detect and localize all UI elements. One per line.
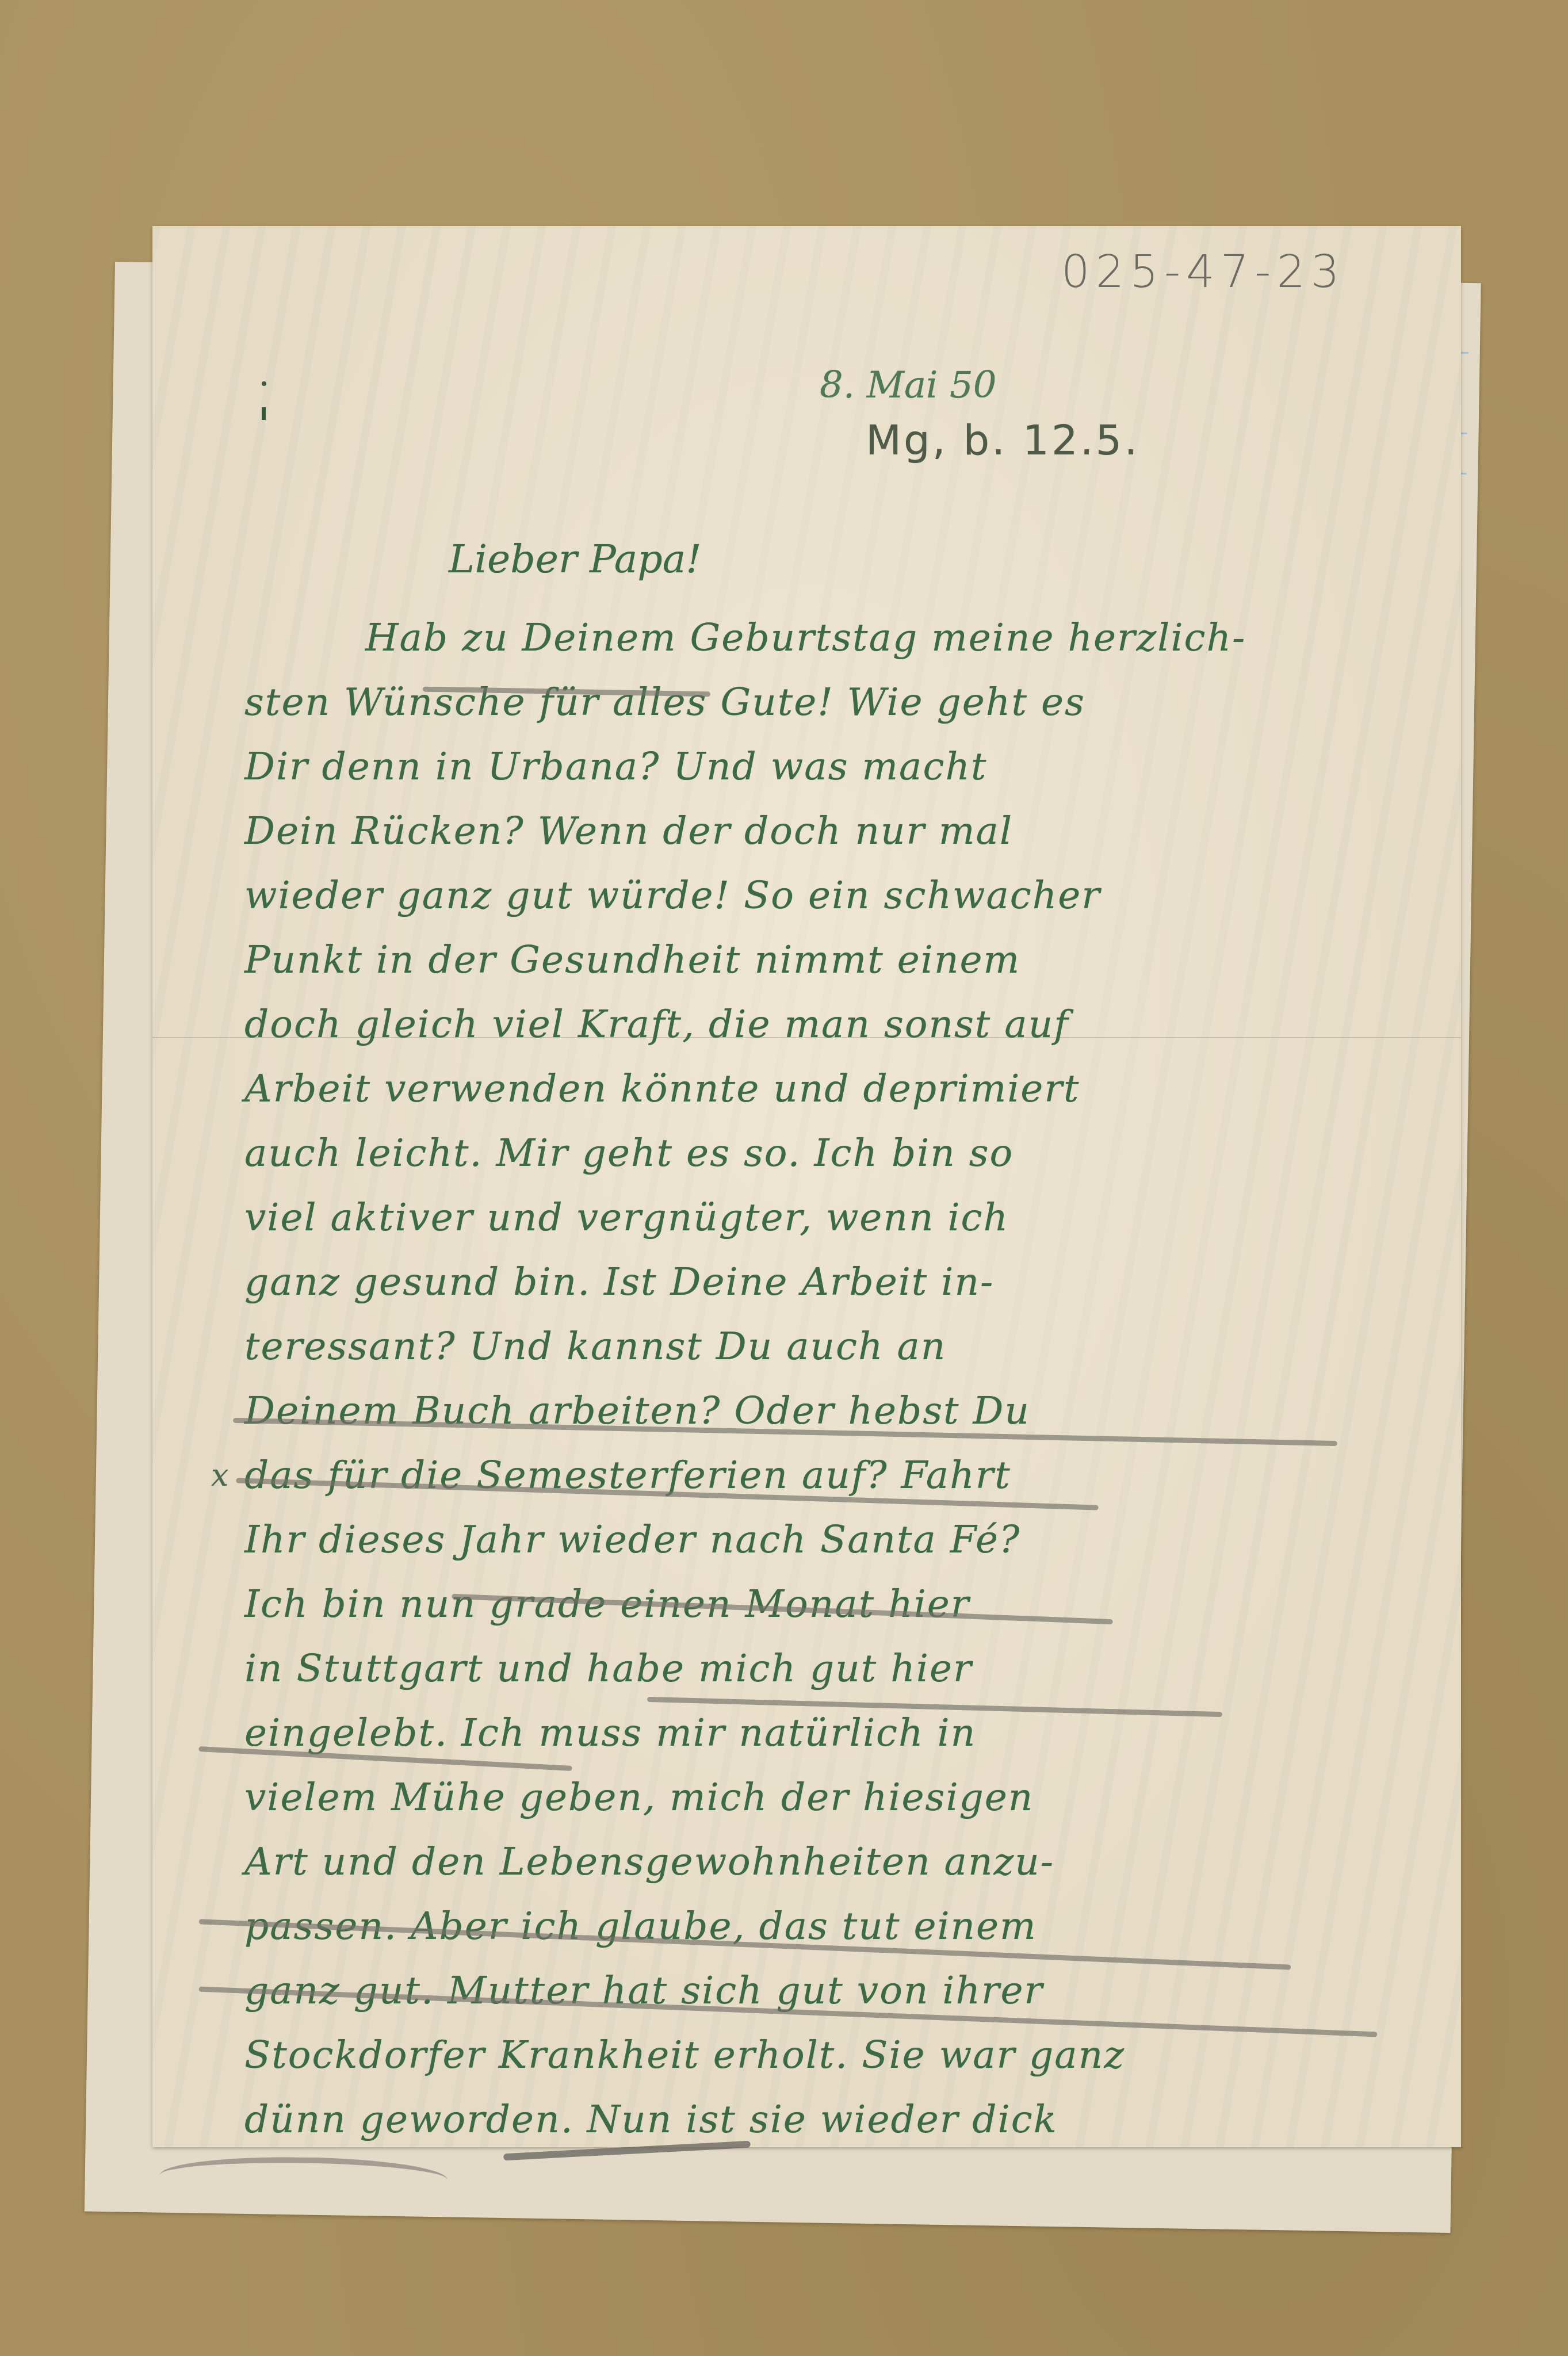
archive-number: 025-47-23 bbox=[1061, 246, 1345, 298]
margin-cross-mark: x bbox=[211, 1443, 230, 1508]
letter-line: dünn geworden. Nun ist sie wieder dick bbox=[244, 2087, 1441, 2152]
salutation: Lieber Papa! bbox=[449, 537, 702, 582]
letter-line: Stockdorfer Krankheit erholt. Sie war ga… bbox=[244, 2023, 1441, 2087]
letter-line: doch gleich viel Kraft, die man sonst au… bbox=[244, 992, 1441, 1057]
letter-line: auch leicht. Mir geht es so. Ich bin so bbox=[244, 1121, 1441, 1185]
letter-date: 8. Mai 50 bbox=[820, 364, 996, 407]
letter-line: sten Wünsche für alles Gute! Wie geht es bbox=[244, 670, 1441, 735]
letter-line: Arbeit verwenden könnte und deprimiert bbox=[244, 1057, 1441, 1121]
letter-line: Dir denn in Urbana? Und was macht bbox=[244, 735, 1441, 799]
margin-mark bbox=[262, 381, 267, 427]
letter-line: Art und den Lebensgewohnheiten anzu- bbox=[244, 1830, 1441, 1894]
pencil-underline bbox=[159, 2155, 448, 2200]
letter-line: ganz gesund bin. Ist Deine Arbeit in- bbox=[244, 1250, 1441, 1314]
letter-line: Ich bin nun grade einen Monat hier bbox=[244, 1572, 1441, 1636]
letter-line: teressant? Und kannst Du auch an bbox=[244, 1314, 1441, 1379]
letter-line: wieder ganz gut würde! So ein schwacher bbox=[244, 863, 1441, 928]
letter-line: Punkt in der Gesundheit nimmt einem bbox=[244, 928, 1441, 992]
letter-line: Ihr dieses Jahr wieder nach Santa Fé? bbox=[244, 1508, 1441, 1572]
letter-line: eingelebt. Ich muss mir natürlich in bbox=[244, 1701, 1441, 1765]
letter-body: Hab zu Deinem Geburtstag meine herzlich-… bbox=[244, 606, 1441, 2152]
letter-line: viel aktiver und vergnügter, wenn ich bbox=[244, 1185, 1441, 1250]
letter-line: vielem Mühe geben, mich der hiesigen bbox=[244, 1765, 1441, 1830]
letter-line: in Stuttgart und habe mich gut hier bbox=[244, 1636, 1441, 1701]
letter-line: Hab zu Deinem Geburtstag meine herzlich- bbox=[244, 606, 1441, 670]
date-annotation: Mg, b. 12.5. bbox=[866, 416, 1139, 464]
letter-page: 025-47-23 8. Mai 50 Mg, b. 12.5. Lieber … bbox=[152, 226, 1461, 2147]
letter-line: Dein Rücken? Wenn der doch nur mal bbox=[244, 799, 1441, 863]
